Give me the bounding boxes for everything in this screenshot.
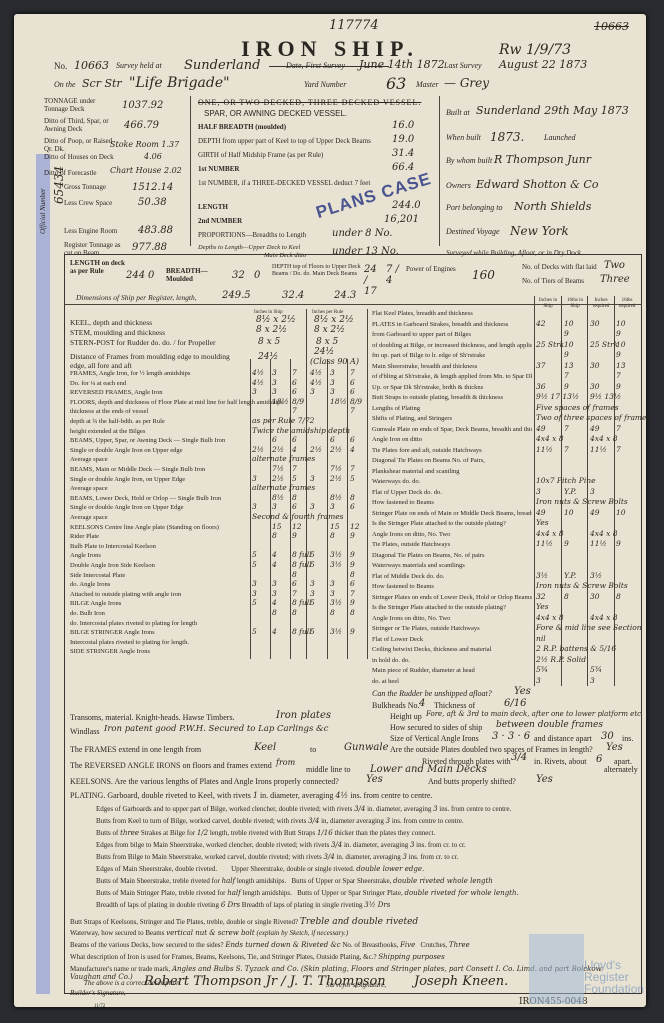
girth-value: 31.4	[392, 148, 414, 159]
surveyor-sig-label: Surveyor's Signature,	[326, 982, 386, 990]
right-row-cell: 49	[536, 424, 546, 433]
frame-distance-label: Distance of Frames from moulding edge to…	[70, 352, 240, 370]
frames-to-label: to	[310, 746, 316, 755]
frame-row-label: BEAMS, Main or Middle Deck — Single Bulb…	[70, 466, 205, 473]
spacing: 30	[601, 731, 614, 742]
dim-length-label: LENGTH on deck as per Rule	[70, 260, 130, 275]
right-row-cell: 3½	[590, 571, 602, 580]
right-row-note: Two of three spaces of frames	[536, 413, 650, 422]
bulkheads-label: Bulkheads No.	[372, 702, 420, 711]
right-row-cell: 9	[616, 329, 621, 338]
right-row-label: fm up. part of Bilge to lr. edge of Sh'r…	[372, 352, 532, 359]
frame-row-cell: 2½	[310, 445, 322, 454]
right-row-cell: 9	[616, 350, 621, 359]
divider	[367, 309, 368, 659]
frame-row-label: thickness at the ends of vessel	[70, 408, 148, 415]
frame-row-cell: 8 full	[292, 598, 312, 607]
right-row-note: Fore & mid line see Section	[536, 623, 642, 632]
right-row-label: Is the Stringer Plate attached to the ou…	[372, 604, 532, 611]
frame-row-cell: 6	[272, 435, 277, 444]
right-row-label: Lengths of Plating	[372, 405, 532, 412]
right-row-cell: 8	[616, 592, 621, 601]
frame-row-label: KEELSONS Centre line Angle plate (Standi…	[70, 524, 219, 531]
frame-row-label: Single or double Angle Iron on Upper edg…	[70, 447, 182, 454]
frame-row-cell: 5	[310, 550, 315, 559]
right-row-label: Flat Keel Plates, breadth and thickness	[372, 310, 532, 317]
frames-label: The FRAMES extend in one length from	[70, 746, 201, 755]
right-row-note: 2 R.P. battens & 5/16	[536, 644, 616, 653]
frame-distance-rule: 24½	[314, 347, 334, 357]
right-row-cell: 25 Strk	[536, 340, 564, 349]
frame-row-cell: 5	[292, 474, 297, 483]
frame-row-cell: 9	[350, 550, 355, 559]
right-row-label: Waterways materials and scantlings	[372, 562, 532, 569]
frame-row-cell: 2½	[330, 474, 342, 483]
frame-row-cell: 8	[350, 570, 355, 579]
vessel-type: Scr Str	[82, 77, 122, 90]
right-row-label: Stringer or Tie Plates, outside Hatchway…	[372, 625, 532, 632]
official-number-label: Official Number	[40, 188, 48, 234]
plating-edges-bilge: Edges from bilge to Main Sheerstrake, wo…	[96, 842, 466, 850]
divider	[534, 296, 535, 686]
right-row-note: Yes	[536, 602, 549, 611]
houses-label: Ditto of Houses on Deck	[44, 154, 114, 162]
frame-row-cell: 3	[330, 502, 335, 511]
frame-row-cell: 6	[350, 378, 355, 387]
revision-note: Rw 1/9/73	[499, 42, 571, 58]
frame-row-cell: 6	[292, 579, 297, 588]
frame-row-label: Average space	[70, 485, 108, 492]
frame-row-cell: 3	[330, 589, 335, 598]
rivets-apart: 6	[596, 754, 602, 765]
right-row-cell: 49	[536, 508, 546, 517]
frames-to: Gunwale	[344, 742, 389, 753]
frame-row-label: Bulb Plate to Intercostal Keelson	[70, 543, 156, 550]
plating-garboard: PLATING. Garboard, double riveted to Kee…	[70, 792, 432, 801]
frame-row-label: do. Angle Irons	[70, 581, 110, 588]
frame-row-cell: 4	[272, 550, 277, 559]
frame-row-cell: 8 full	[292, 627, 312, 636]
frame-row-cell: 15	[330, 522, 340, 531]
frame-row-cell: 4½	[252, 378, 264, 387]
frame-row-cell: 8	[330, 608, 335, 617]
voyage-label: Destined Voyage	[446, 228, 500, 237]
frame-row-cell: 5	[310, 560, 315, 569]
frame-row-cell: 8/9	[292, 397, 304, 406]
deck-type-line1: ONE, OR TWO DECKED, THREE DECKED VESSEL.	[198, 99, 421, 108]
frame-row-cell: 6	[292, 378, 297, 387]
dim-length-in: 0	[148, 270, 154, 281]
frame-row-cell: 3	[272, 579, 277, 588]
right-row-label: How fastened to Beams	[372, 499, 532, 506]
secured-label: How secured to sides of ship	[390, 724, 482, 733]
right-row-cell: 25 Strk	[590, 340, 618, 349]
frame-row-cell: 9	[350, 627, 355, 636]
right-row-cell: 7	[616, 371, 621, 380]
frame-row-label: Intercostal plates riveted to plating fo…	[70, 639, 189, 646]
first-number: 66.4	[392, 162, 414, 173]
half-breadth-label: HALF BREADTH (moulded)	[198, 124, 286, 132]
right-row-cell: 3	[590, 487, 595, 496]
butt-straps-row: Butt Straps of Keelsons, Stringer and Ti…	[70, 918, 418, 928]
port-label: Port belonging to	[446, 204, 502, 213]
when-built-label: When built	[446, 134, 481, 143]
frame-row-cell: 8½	[272, 493, 284, 502]
right-row-note: Five spaces of frames	[536, 403, 619, 412]
frame-row-cell: 9	[350, 560, 355, 569]
less-engine: 483.88	[138, 225, 173, 236]
frame-row-label: SIDE STRINGER Angle Irons	[70, 648, 150, 655]
frame-row-cell: 3½	[330, 560, 342, 569]
frame-row-cell: 8	[350, 493, 355, 502]
right-row-label: Angle Iron on ditto	[372, 436, 532, 443]
frame-row-label: Attached to outside plating with angle i…	[70, 591, 181, 598]
girth-label: GIRTH of Half Midship Frame (as per Rule…	[198, 152, 323, 160]
keel-ship: 8½ x 2½	[256, 315, 296, 325]
right-row-label: in hold do. do.	[372, 657, 532, 664]
frame-row-cell: 4	[272, 627, 277, 636]
survey-held-label: Survey held at	[116, 62, 162, 71]
keel-rule: 8½ x 2½	[314, 315, 354, 325]
frame-row-cell: 6	[350, 579, 355, 588]
right-row-cell: 32	[536, 592, 546, 601]
frame-row-label: Single or double Angle Iron, on Upper Ed…	[70, 476, 185, 483]
right-row-note: Iron nuts & Screw Bolts	[536, 581, 628, 590]
second-number: 16,201	[384, 214, 419, 225]
frame-row-cell: 6	[330, 435, 335, 444]
by-whom-label: By whom built	[446, 157, 492, 166]
decks-value: Two	[604, 260, 625, 271]
dim-depth-in: 7 / 4	[386, 264, 402, 286]
reversed-to: Lower and Main Decks	[370, 764, 487, 775]
right-row-cell: 3	[536, 676, 541, 685]
right-row-cell: 30	[590, 592, 600, 601]
frame-row-label: BEAMS, Upper, Spar, or Awning Deck — Sin…	[70, 437, 225, 444]
doubled: Yes	[606, 742, 623, 753]
frame-row-cell: 5	[310, 627, 315, 636]
height-up: Fore, aft & 3rd to main deck, after one …	[426, 710, 641, 718]
frame-row-cell: 4½	[252, 368, 264, 377]
dim-length-ft: 244	[126, 270, 145, 281]
right-row-cell: 9	[616, 382, 621, 391]
crossed-number: 10663	[594, 20, 629, 33]
right-row-cell: 36	[536, 382, 546, 391]
frame-row-label: do. Intercostal plates riveted to platin…	[70, 620, 197, 627]
frame-row-note: Second & fourth frames	[252, 512, 344, 521]
frame-row-cell: 8	[350, 608, 355, 617]
right-row-label: Main Sheerstrake, breadth and thickness	[372, 363, 532, 370]
binding-stripe	[36, 154, 50, 994]
frame-row-cell: 8	[292, 493, 297, 502]
when-built: 1873.	[490, 130, 524, 144]
gross: 1512.14	[132, 182, 173, 193]
frame-row-cell: 3	[330, 378, 335, 387]
frame-row-label: Average space	[70, 456, 108, 463]
register-dims-label: Dimensions of Ship per Register, length,	[76, 294, 197, 302]
rudder-unshipped-label: Can the Rudder be unshipped afloat?	[372, 690, 492, 699]
frame-row-cell: 4	[272, 560, 277, 569]
rudder-unshipped: Yes	[514, 686, 531, 697]
plating-laps: Breadth of laps of plating in double riv…	[96, 902, 390, 910]
beams-row: Beams of the various Decks, how secured …	[70, 942, 470, 950]
divider	[290, 359, 291, 659]
frame-row-cell: 2½	[272, 445, 284, 454]
plating-edges-main: Edges of Main Sheerstrake, double rivete…	[96, 866, 424, 874]
frame-row-cell: 8	[292, 570, 297, 579]
built-at-label: Built at	[446, 109, 470, 118]
right-row-label: How fastened to Beams	[372, 583, 532, 590]
frame-row-cell: 7	[350, 368, 355, 377]
frame-row-cell: 3	[330, 387, 335, 396]
right-row-cell: 3	[536, 487, 541, 496]
plating-butts-stringer: Butts of Main Stringer Plate, treble riv…	[96, 890, 519, 898]
right-row-cell: 7	[564, 424, 569, 433]
frame-row-cell: 15	[272, 522, 282, 531]
right-row-cell: 49	[590, 424, 600, 433]
butts-shifted-label: And butts properly shifted?	[428, 778, 516, 787]
dim-breadth-label: BREADTH— Moulded	[166, 268, 226, 283]
right-row-cell: 11½	[536, 445, 553, 454]
sternpost-ship: 8 x 5	[258, 337, 280, 347]
frame-row-cell: 3	[310, 589, 315, 598]
right-row-cell: 10	[564, 319, 574, 328]
master-label: Master	[416, 81, 439, 90]
frame-row-label: Rider Plate	[70, 533, 99, 540]
frame-row-cell: 4	[272, 598, 277, 607]
right-row-cell: 10	[616, 508, 626, 517]
keelsons-label: KEELSONS. Are the various lengths of Pla…	[70, 778, 339, 787]
divider	[347, 359, 348, 659]
right-row-cell: 7	[564, 445, 569, 454]
right-row-cell: 11½	[590, 445, 607, 454]
right-row-label: do. at heel	[372, 678, 532, 685]
height-up-label: Height up	[390, 713, 422, 722]
right-row-cell: 9	[564, 539, 569, 548]
first-survey-value: June 14th 1872	[359, 58, 445, 71]
right-row-note: nil	[536, 634, 546, 643]
half-breadth: 16.0	[392, 120, 414, 131]
doubled-label: Are the outside Plates doubled two space…	[390, 746, 593, 755]
gross-label: Gross Tonnage	[64, 184, 106, 192]
right-row-label: Is the Stringer Plate attached to the ou…	[372, 520, 532, 527]
right-row-cell: 4x4 x 8	[536, 434, 564, 443]
dim-breadth-ft: 32	[232, 270, 245, 281]
forecastle: Chart House 2.02	[110, 166, 182, 175]
plating-butts-main: Butts of Main Sheerstrake, treble rivete…	[96, 878, 493, 886]
third-spar-label: Ditto of Third, Spar, or Awning Deck	[44, 118, 114, 133]
voyage: New York	[510, 224, 569, 238]
windlass: Iron patent good P.W.H. Secured to Lap C…	[104, 724, 328, 734]
frame-row-cell: 3	[272, 387, 277, 396]
right-row-cell: 7	[564, 371, 569, 380]
divider	[439, 96, 440, 246]
frame-row-cell: 3	[272, 589, 277, 598]
frame-row-cell: 2½	[330, 445, 342, 454]
frame-row-note: as per Rule 7/72	[252, 416, 314, 425]
right-row-label: Tie Plates fore and aft, outside Hatchwa…	[372, 447, 532, 454]
right-row-cell: 4x4 x 8	[590, 434, 618, 443]
right-row-label: Shifts of Plating, and Stringers	[372, 415, 532, 422]
frame-row-cell: 8 full	[292, 550, 312, 559]
no-label: No.	[54, 62, 67, 72]
sternpost-label: STERN-POST for Rudder do. do. / for Prop…	[70, 338, 215, 347]
right-row-label: Up. or Spar Dk Sh'rstrake, brdth & thick…	[372, 384, 532, 391]
right-row-label: of doubling at Bilge, or increased thick…	[372, 342, 532, 349]
frame-row-cell: 5	[252, 598, 257, 607]
less-crew-label: Less Crew Space	[64, 200, 112, 208]
frame-row-label: BILGE Angle Irons	[70, 600, 121, 607]
stem-ship: 8 x 2½	[256, 325, 287, 335]
right-row-label: Flat of Lower Deck	[372, 636, 532, 643]
frame-row-cell: 4½	[310, 368, 322, 377]
frame-row-label: height extended at the Bilges	[70, 428, 145, 435]
right-row-note: Yes	[536, 518, 549, 527]
frame-row-cell: 8	[272, 531, 277, 540]
keelsons-value: Yes	[366, 774, 383, 785]
top-reference-number: 117774	[329, 18, 379, 33]
frame-row-cell: 3	[252, 502, 257, 511]
right-row-label: Gunwale Plate on ends of Spar, Deck Beam…	[372, 426, 532, 433]
right-row-cell: 10	[564, 340, 574, 349]
less-engine-label: Less Engine Room	[64, 228, 117, 236]
right-row-label: Stringer Plate on ends of Main or Middle…	[372, 510, 532, 517]
col-header-16ths-req: 16ths required	[615, 298, 639, 309]
frame-row-cell: 6	[350, 387, 355, 396]
right-row-label: Main piece of Rudder, diameter at head	[372, 667, 532, 674]
frame-row-cell: 5	[350, 474, 355, 483]
right-row-label: from Garboard to upper part of Bilges	[372, 331, 532, 338]
frame-row-cell: 7	[292, 406, 297, 415]
right-row-cell: 7	[616, 424, 621, 433]
frame-row-cell: 9	[350, 531, 355, 540]
frame-row-cell: 3	[330, 579, 335, 588]
frame-row-label: BEAMS, Lower Deck, Hold or Orlop — Singl…	[70, 495, 221, 502]
right-row-cell: 5¾	[536, 665, 548, 674]
right-row-label: Flat of Upper Deck do. do.	[372, 489, 532, 496]
right-row-cell: 11½	[590, 539, 607, 548]
vessel-name: "Life Brigade"	[129, 75, 230, 91]
frame-row-note: Twice the amidship depth	[252, 426, 350, 435]
frame-row-cell: 8	[292, 608, 297, 617]
frame-row-cell: 2½	[272, 474, 284, 483]
right-row-label: Diagonal Tie Plates on Beams No. of Pair…	[372, 457, 532, 464]
right-row-cell: 7	[616, 445, 621, 454]
right-row-label: Tie Plates, outside Hatchways	[372, 541, 532, 548]
tiers-label: No. of Tiers of Beams	[522, 278, 584, 286]
frame-row-cell: 3	[252, 579, 257, 588]
deck-type-line2: SPAR, OR AWNING DECKED VESSEL.	[204, 110, 347, 119]
right-row-cell: 9	[616, 539, 621, 548]
frame-row-cell: 5	[252, 560, 257, 569]
last-survey-label: Last Survey	[444, 62, 482, 71]
frame-row-cell: 6	[350, 435, 355, 444]
right-row-cell: 30	[590, 319, 600, 328]
frame-row-cell: 7	[292, 368, 297, 377]
ins-label: ins.	[622, 735, 633, 744]
tiers-value: Three	[600, 274, 630, 285]
frame-row-cell: 8	[330, 531, 335, 540]
survey-no: 10663	[74, 59, 109, 72]
plating-edges-garboard: Edges of Garboards and to upper part of …	[96, 806, 511, 814]
reg-breadth: 32.4	[282, 290, 304, 301]
frame-row-cell: 2½	[252, 445, 264, 454]
divider	[327, 359, 328, 659]
windlass-label: Windlass	[70, 728, 99, 737]
frame-row-label: FLOORS, depth and thickness of Floor Pla…	[70, 399, 283, 406]
frame-distance-ship: 24½	[258, 352, 278, 362]
right-row-note: 2½ R.P. Solid	[536, 655, 586, 664]
thickness: 6/16	[504, 698, 526, 709]
frame-row-cell: 5	[310, 598, 315, 607]
frame-row-label: depth at ¾ the half-bdth. as per Rule	[70, 418, 165, 425]
frame-row-label: BILGE STRINGER Angle Irons	[70, 629, 155, 636]
right-row-cell: 30	[590, 361, 600, 370]
right-row-cell: 30	[590, 382, 600, 391]
frame-row-cell: 7	[350, 406, 355, 415]
frame-row-cell: 5	[252, 550, 257, 559]
plating-butts-keel: Butts from Keel to turn of Bilge, worked…	[96, 818, 464, 826]
right-row-label: Angle Irons on ditto, No. Two	[372, 615, 532, 622]
proportions-label: PROPORTIONS—Breadths to Length	[198, 232, 306, 240]
right-row-label: Butt Straps to outside plating, breadth …	[372, 394, 532, 401]
plating-butts-of: Butts of three Strakes at Bilge for 1/2 …	[96, 830, 435, 838]
right-row-cell: 10	[564, 508, 574, 517]
right-row-cell: 9	[564, 329, 569, 338]
poop: Stoke Room 1.37	[110, 140, 179, 149]
second-number-label: 2nd NUMBER	[198, 218, 242, 226]
frame-row-cell: 3	[252, 589, 257, 598]
frame-row-cell: 8 full	[292, 560, 312, 569]
houses: 4.06	[144, 152, 162, 161]
right-row-cell: 8	[564, 592, 569, 601]
frame-row-cell: 7	[292, 464, 297, 473]
lr-watermark-logo	[529, 934, 584, 1004]
vertical: 3 · 3 · 6	[492, 731, 530, 742]
frame-row-cell: 3	[272, 368, 277, 377]
frame-row-cell: 5	[252, 627, 257, 636]
waterway-row: Waterway, how secured to Beams vertical …	[70, 930, 348, 938]
yard-number-label: Yard Number	[304, 81, 346, 90]
frame-row-cell: 7	[350, 589, 355, 598]
length-value: 244.0	[392, 200, 421, 211]
right-row-label: Plankshear material and scantling	[372, 468, 532, 475]
right-row-label: Angle Irons on ditto, No. Two	[372, 531, 532, 538]
right-row-cell: 42	[536, 319, 546, 328]
secured: between double frames	[496, 720, 603, 730]
right-row-cell: Y.P.	[564, 487, 576, 496]
frame-row-label: Average space	[70, 514, 108, 521]
frame-row-label: FRAMES, Angle Iron, for ½ length amidshi…	[70, 370, 190, 377]
alternately-label: alternately	[604, 766, 638, 775]
frame-row-cell: 6	[292, 502, 297, 511]
frame-row-cell: 3½	[330, 550, 342, 559]
third-spar: 466.79	[124, 120, 159, 131]
first-survey-label: Date, First Survey	[286, 62, 345, 71]
transoms: Iron plates	[276, 710, 331, 721]
frame-row-cell: 3	[272, 378, 277, 387]
frame-row-cell: 3	[310, 502, 315, 511]
spacing-label: and distance apart	[534, 735, 592, 744]
last-survey-value: August 22 1873	[499, 58, 587, 71]
frame-row-cell: 3	[310, 387, 315, 396]
tonnage-under-deck: 1037.92	[122, 100, 163, 111]
frame-row-cell: 4½	[310, 378, 322, 387]
stem-label: STEM, moulding and thickness	[70, 328, 165, 337]
right-row-cell: 37	[536, 361, 546, 370]
frame-row-cell: 3	[310, 474, 315, 483]
right-row-label: Flat of Middle Deck do. do.	[372, 573, 532, 580]
frame-row-cell: 18½	[330, 397, 347, 406]
